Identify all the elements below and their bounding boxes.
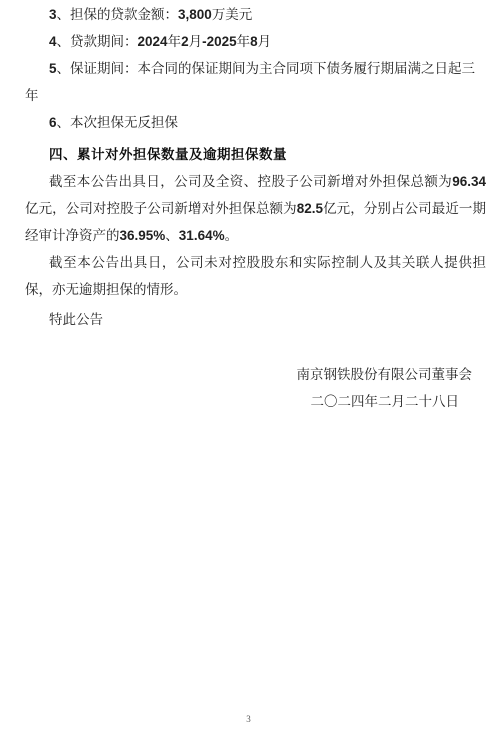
cjk-text: 、担保的贷款金额： xyxy=(57,7,179,22)
cjk-text: 、贷款期间： xyxy=(57,34,138,49)
list-item-loan-period: 4、贷款期间：2024年2月-2025年8月 xyxy=(25,28,486,55)
closing-statement: 特此公告 xyxy=(25,306,486,333)
cjk-text: 。 xyxy=(225,228,239,243)
numeric-text: 96.34 xyxy=(452,174,486,189)
list-item-guarantee-period: 5、保证期间：本合同的保证期间为主合同项下债务履行期届满之日起三年 xyxy=(25,55,486,109)
numeric-text: 31.64% xyxy=(179,228,225,243)
cjk-text: 年 xyxy=(237,34,251,49)
list-item-loan-amount: 3、担保的贷款金额：3,800万美元 xyxy=(25,1,486,28)
numeric-text: 3 xyxy=(49,7,57,22)
numeric-text: 6 xyxy=(49,115,57,130)
numeric-text: 4 xyxy=(49,34,57,49)
cjk-text: 、保证期间：本合同的保证期间为主合同项下债务履行期届满之日起三年 xyxy=(25,61,475,103)
cjk-text: 年 xyxy=(168,34,182,49)
numeric-text: 8 xyxy=(250,34,258,49)
cjk-text: 亿元，公司对控股子公司新增对外担保总额为 xyxy=(25,201,297,216)
section-heading: 四、累计对外担保数量及逾期担保数量 xyxy=(25,141,486,168)
cjk-text: 月 xyxy=(258,34,272,49)
paragraph-no-overdue-guarantees: 截至本公告出具日，公司未对控股股东和实际控制人及其关联人提供担保，亦无逾期担保的… xyxy=(25,249,486,303)
signature-block: 南京钢铁股份有限公司董事会 二〇二四年二月二十八日 xyxy=(25,361,486,415)
numeric-text: 2024 xyxy=(138,34,168,49)
numeric-text: 3,800 xyxy=(178,7,212,22)
paragraph-cumulative-guarantees: 截至本公告出具日，公司及全资、控股子公司新增对外担保总额为96.34亿元，公司对… xyxy=(25,168,486,249)
cjk-text: 、 xyxy=(165,228,179,243)
document-body: 3、担保的贷款金额：3,800万美元 4、贷款期间：2024年2月-2025年8… xyxy=(0,0,500,415)
numeric-text: 2 xyxy=(181,34,189,49)
page-number: 3 xyxy=(0,714,497,724)
signature-date: 二〇二四年二月二十八日 xyxy=(25,388,486,415)
cjk-text: 月 xyxy=(189,34,203,49)
list-item-no-counter-guarantee: 6、本次担保无反担保 xyxy=(25,109,486,136)
numeric-text: 82.5 xyxy=(297,201,323,216)
signature-company-name: 南京钢铁股份有限公司董事会 xyxy=(25,361,486,388)
cjk-text: 截至本公告出具日，公司及全资、控股子公司新增对外担保总额为 xyxy=(49,174,452,189)
cjk-text: 、本次担保无反担保 xyxy=(57,115,179,130)
numeric-text: 5 xyxy=(49,61,57,76)
numeric-text: -2025 xyxy=(202,34,237,49)
cjk-text: 万美元 xyxy=(212,7,253,22)
numeric-text: 36.95% xyxy=(120,228,166,243)
announcement-document-page: 3、担保的贷款金额：3,800万美元 4、贷款期间：2024年2月-2025年8… xyxy=(0,0,500,731)
